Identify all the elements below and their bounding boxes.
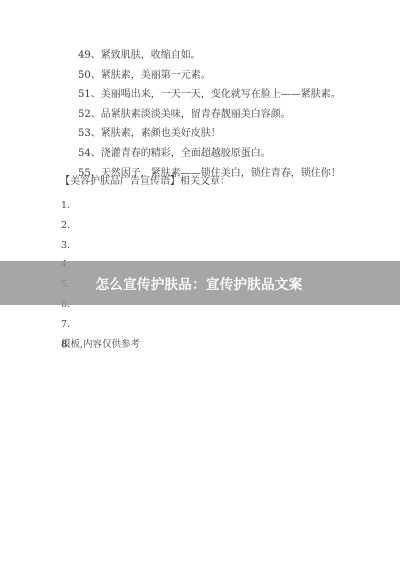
slogan-item: 54、浇灌青春的精彩，全面超越胶原蛋白。 <box>78 144 341 164</box>
related-articles-heading: 【美容护肤品广告宣传语】相关文章： <box>60 174 230 190</box>
related-article-item[interactable]: 2. <box>61 216 70 236</box>
related-article-item[interactable]: 3. <box>61 236 70 256</box>
slogan-item: 50、紧肤素，美丽第一元素。 <box>78 66 341 86</box>
related-article-item[interactable]: 1. <box>61 196 70 216</box>
slogan-item: 53、紧肤素，素颜也美好皮肤！ <box>78 124 341 144</box>
slogan-item: 52、品紧肤素淡淡美味，留青春靓丽美白容颜。 <box>78 105 341 125</box>
related-article-item[interactable]: 7. <box>61 315 70 335</box>
slogan-item: 49、紧致肌肤，收缩自如。 <box>78 46 341 66</box>
slogan-item: 51、美丽喝出来，一天一天，变化就写在脸上——紧肤素。 <box>78 85 341 105</box>
title-banner: 怎么宣传护肤品：宣传护肤品文案 <box>0 261 400 305</box>
template-note: 模板,内容仅供参考 <box>61 338 140 352</box>
document-page: 49、紧致肌肤，收缩自如。 50、紧肤素，美丽第一元素。 51、美丽喝出来，一天… <box>0 0 400 566</box>
slogan-list: 49、紧致肌肤，收缩自如。 50、紧肤素，美丽第一元素。 51、美丽喝出来，一天… <box>78 46 341 183</box>
banner-title: 怎么宣传护肤品：宣传护肤品文案 <box>96 273 303 293</box>
